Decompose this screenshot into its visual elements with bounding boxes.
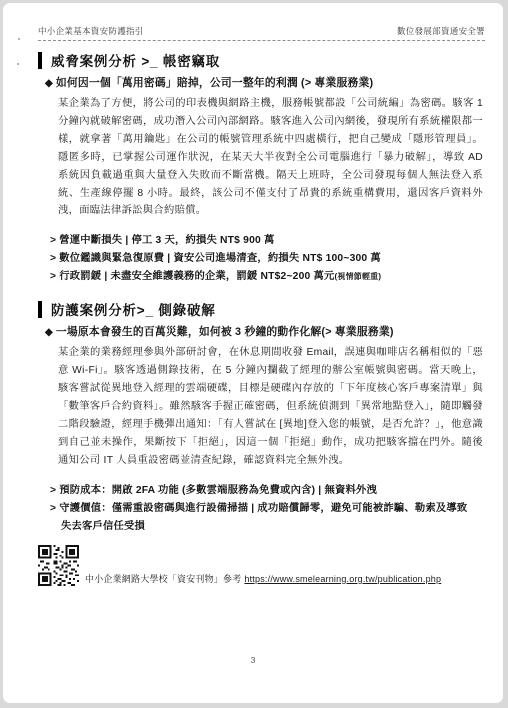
page-number: 3: [3, 655, 503, 665]
list-item-admin-fine: > 行政罰鍰 | 未盡安全維護義務的企業，罰鍰 NT$2~200 萬元(視情節輕…: [50, 268, 471, 286]
section-protection-case: 防護案例分析>_ 側錄破解 ◆一場原本會發生的百萬災難，如何被 3 秒鐘的動作化…: [38, 299, 485, 535]
section-title-threat: 威脅案例分析 >_ 帳密竊取: [38, 50, 485, 70]
list-item-forensics-cost: > 數位鑑識與緊急復原費 | 資安公司進場清查，約損失 NT$ 100~300 …: [50, 250, 471, 268]
section-title-text: 防護案例分析>_ 側錄破解: [51, 299, 216, 319]
page-footer: 中小企業網路大學校「資安刊物」參考https://www.smelearning…: [38, 545, 485, 586]
publication-link[interactable]: https://www.smelearning.org.tw/publicati…: [244, 574, 441, 584]
section-threat-case: 威脅案例分析 >_ 帳密竊取 ◆如何因一個「萬用密碼」賠掉，公司一整年的利潤 (…: [38, 50, 485, 286]
diamond-bullet-icon: ◆: [45, 78, 53, 89]
list-item-prevention-cost: > 預防成本：開啟 2FA 功能 (多數雲端服務為免費或內含) | 無資料外洩: [50, 482, 471, 500]
loss-list: > 營運中斷損失 | 停工 3 天，約損失 NT$ 900 萬 > 數位鑑識與緊…: [50, 232, 485, 286]
list-item-text: > 預防成本：開啟 2FA 功能 (多數雲端服務為免費或內含) | 無資料外洩: [50, 485, 377, 496]
section-title-protection: 防護案例分析>_ 側錄破解: [38, 299, 485, 319]
list-item-text: > 守護價值：僅需重設密碼與進行設備掃描 | 成功賠償歸零，避免可能被詐騙、勒索…: [50, 503, 467, 532]
case-body-protection: 某企業的業務經理參與外部研討會，在休息期間收發 Email，誤連與咖啡店名稱相似…: [58, 344, 483, 469]
title-bar-icon: [38, 52, 42, 69]
title-bar-icon: [38, 301, 42, 318]
scan-speck: [17, 63, 19, 65]
list-item-operation-loss: > 營運中斷損失 | 停工 3 天，約損失 NT$ 900 萬: [50, 232, 471, 250]
diamond-bullet-icon: ◆: [45, 327, 53, 338]
scan-speck: [18, 38, 20, 40]
page-content: 中小企業基本資安防護指引 數位發展部資通安全署 威脅案例分析 >_ 帳密竊取 ◆…: [38, 25, 485, 586]
qr-code-icon: [38, 545, 79, 586]
case-title-threat: ◆如何因一個「萬用密碼」賠掉，公司一整年的利潤 (> 專業服務業): [45, 75, 485, 90]
case-title-text: 一場原本會發生的百萬災難，如何被 3 秒鐘的動作化解(> 專業服務業): [56, 326, 394, 338]
header-agency: 數位發展部資通安全署: [397, 25, 485, 37]
footer-note: 中小企業網路大學校「資安刊物」參考https://www.smelearning…: [85, 572, 441, 586]
list-item-text: > 行政罰鍰 | 未盡安全維護義務的企業，罰鍰 NT$2~200 萬元: [50, 271, 335, 282]
section-title-text: 威脅案例分析 >_ 帳密竊取: [51, 50, 220, 70]
list-item-text: > 營運中斷損失 | 停工 3 天，約損失 NT$ 900 萬: [50, 235, 275, 246]
list-item-note: (視情節輕重): [335, 272, 382, 281]
page-header: 中小企業基本資安防護指引 數位發展部資通安全署: [38, 25, 485, 41]
case-body-threat: 某企業為了方便，將公司的印表機與網路主機，服務帳號都設「公司統編」為密碼。駭客 …: [58, 95, 483, 220]
list-item-guard-value: > 守護價值：僅需重設密碼與進行設備掃描 | 成功賠償歸零，避免可能被詐騙、勒索…: [50, 500, 471, 536]
case-title-protection: ◆一場原本會發生的百萬災難，如何被 3 秒鐘的動作化解(> 專業服務業): [45, 324, 485, 339]
header-doc-title: 中小企業基本資安防護指引: [38, 25, 144, 37]
case-title-text: 如何因一個「萬用密碼」賠掉，公司一整年的利潤 (> 專業服務業): [56, 77, 373, 89]
value-list: > 預防成本：開啟 2FA 功能 (多數雲端服務為免費或內含) | 無資料外洩 …: [50, 482, 485, 536]
footer-note-text: 中小企業網路大學校「資安刊物」參考: [85, 574, 241, 584]
list-item-text: > 數位鑑識與緊急復原費 | 資安公司進場清查，約損失 NT$ 100~300 …: [50, 253, 381, 264]
document-page: 中小企業基本資安防護指引 數位發展部資通安全署 威脅案例分析 >_ 帳密竊取 ◆…: [3, 3, 503, 703]
